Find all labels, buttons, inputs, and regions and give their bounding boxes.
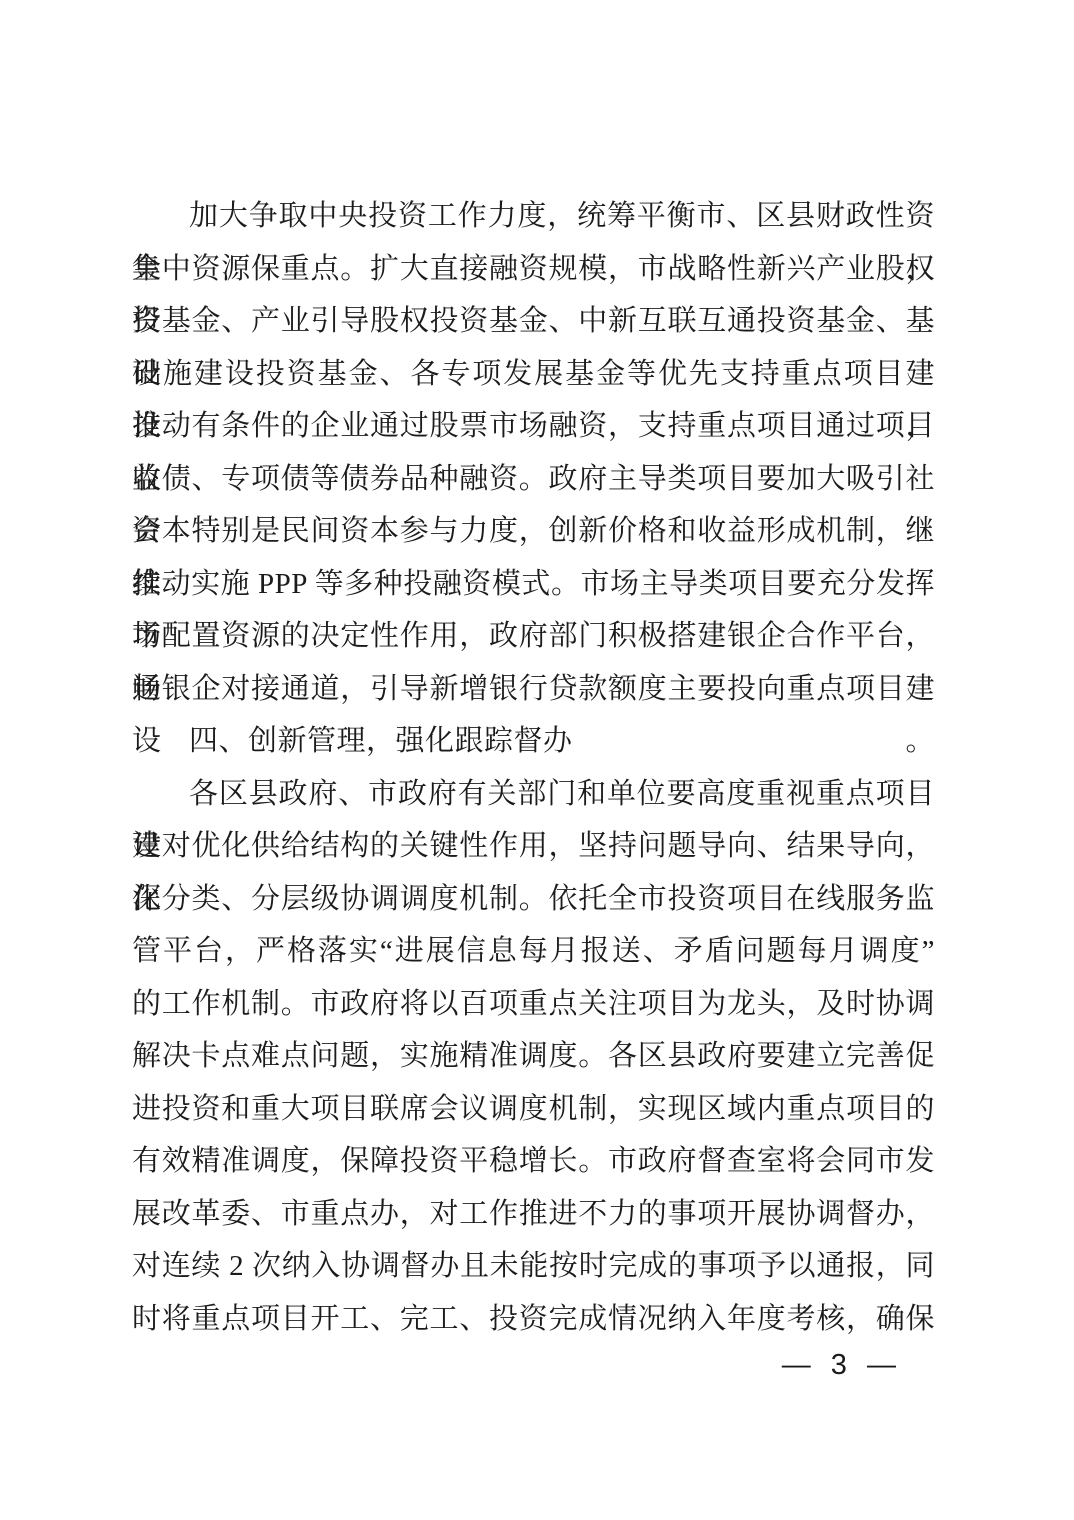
text-line: 展改革委、市重点办，对工作推进不力的事项开展协调督办， (132, 1188, 935, 1241)
text-line: 资本特别是民间资本参与力度，创新价格和收益形成机制，继续 (132, 505, 935, 558)
page-number: — 3 — (782, 1348, 902, 1382)
text-line: 对连续 2 次纳入协调督办且未能按时完成的事项予以通报，同 (132, 1240, 935, 1293)
text-line: 推动实施 PPP 等多种投融资模式。市场主导类项目要充分发挥市 (132, 558, 935, 611)
text-line: 有效精准调度，保障投资平稳增长。市政府督查室将会同市发 (132, 1135, 935, 1188)
text-line: 管平台，严格落实“进展信息每月报送、矛盾问题每月调度” (132, 925, 935, 978)
text-line: 推动有条件的企业通过股票市场融资，支持重点项目通过项目收 (132, 400, 935, 453)
text-line: 解决卡点难点问题，实施精准调度。各区县政府要建立完善促 (132, 1030, 935, 1083)
text-line: 时将重点项目开工、完工、投资完成情况纳入年度考核，确保 (132, 1293, 935, 1346)
text-line: 资基金、产业引导股权投资基金、中新互联互通投资基金、基础 (132, 295, 935, 348)
text-line: 设施建设投资基金、各专项发展基金等优先支持重点项目建设， (132, 348, 935, 401)
text-line: 场配置资源的决定性作用，政府部门积极搭建银企合作平台，畅 (132, 610, 935, 663)
text-line: 加大争取中央投资工作力度，统筹平衡市、区县财政性资金， (132, 190, 935, 243)
text-line: 集中资源保重点。扩大直接融资规模，市战略性新兴产业股权投 (132, 243, 935, 296)
text-line: 的工作机制。市政府将以百项重点关注项目为龙头，及时协调 (132, 978, 935, 1031)
text-line: 益债、专项债等债券品种融资。政府主导类项目要加大吸引社会 (132, 453, 935, 506)
text-line: 通银企对接通道，引导新增银行贷款额度主要投向重点项目建设。 (132, 663, 935, 716)
text-line: 各区县政府、市政府有关部门和单位要高度重视重点项目建 (132, 768, 935, 821)
text-line: 进投资和重大项目联席会议调度机制，实现区域内重点项目的 (132, 1083, 935, 1136)
text-line: 设对优化供给结构的关键性作用，坚持问题导向、结果导向，深 (132, 820, 935, 873)
text-line: 化分类、分层级协调调度机制。依托全市投资项目在线服务监 (132, 873, 935, 926)
document-page: 加大争取中央投资工作力度，统筹平衡市、区县财政性资金，集中资源保重点。扩大直接融… (0, 0, 1074, 1520)
document-text-block: 加大争取中央投资工作力度，统筹平衡市、区县财政性资金，集中资源保重点。扩大直接融… (132, 190, 935, 1345)
